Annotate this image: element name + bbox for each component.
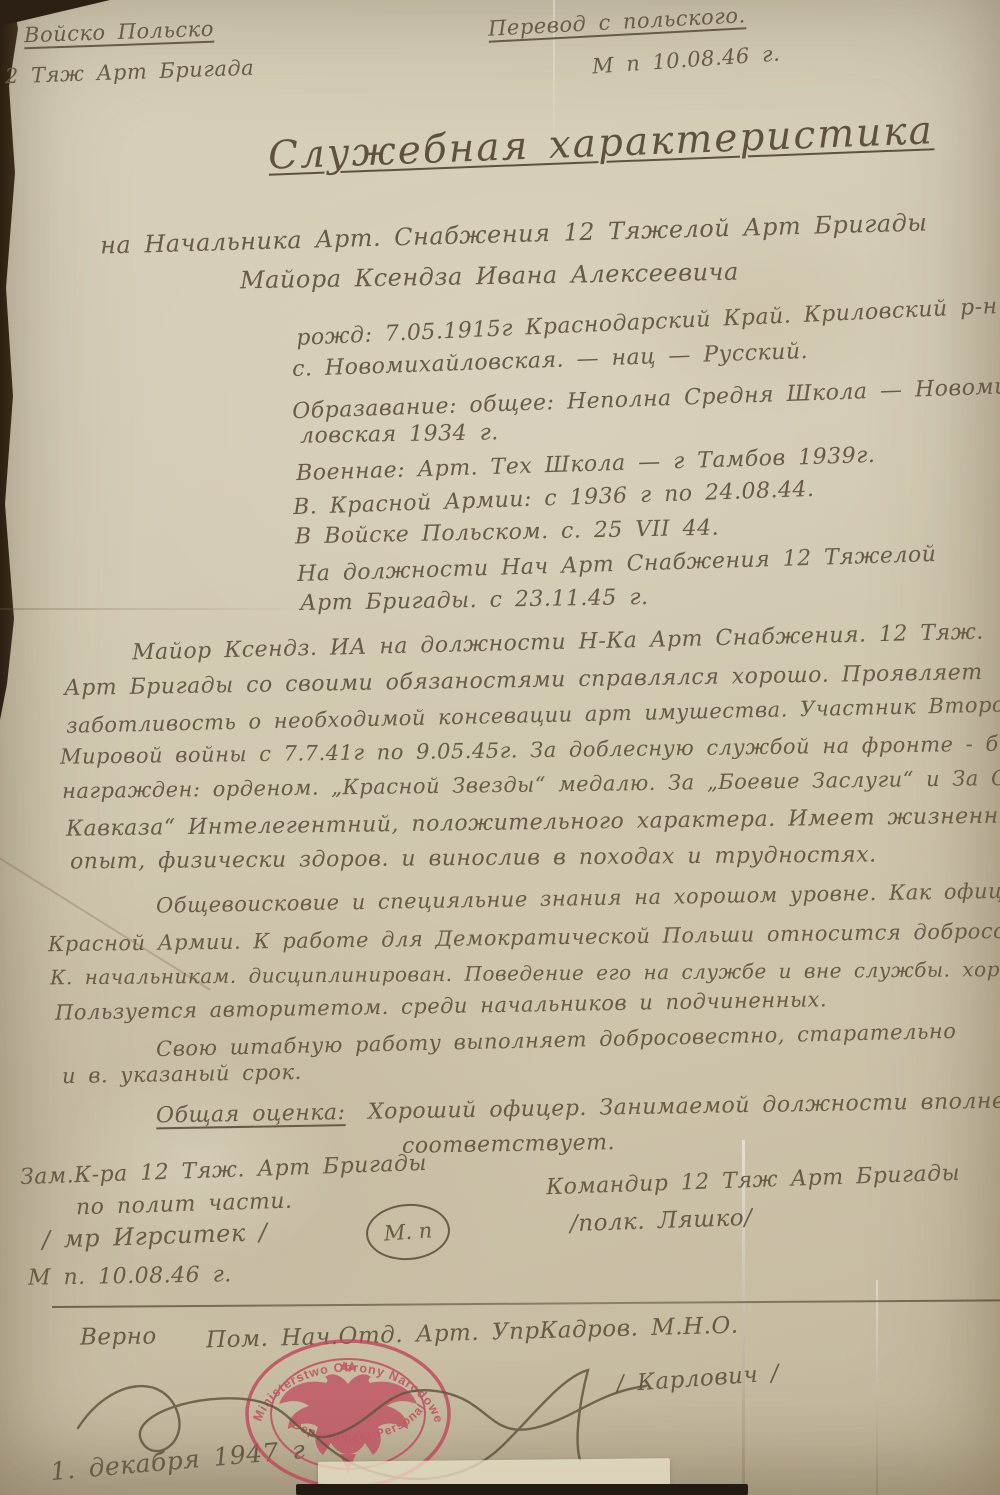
left-signer-name: / мр Игрситек / [42,1220,268,1252]
right-signer-name: /полк. Ляшко/ [570,1207,753,1236]
bio-position-2: Арт Бригады. с 23.11.45 г. [300,587,649,615]
evaluation-label: Общая оценка: [156,1100,346,1128]
left-seal-date: М п. 10.08.46 г. [28,1264,232,1290]
document-photo: Войско Польско 2 Тяж Арт Бригада Перевод… [0,0,1000,1495]
para3-line2: и в. указаный срок. [62,1062,302,1087]
bio-education-2: ловская 1934 г. [300,422,499,447]
seal-place-label: М. п [383,1218,433,1245]
evaluation-line2: соответствует. [402,1132,615,1158]
photo-bottom-edge [296,1484,748,1495]
